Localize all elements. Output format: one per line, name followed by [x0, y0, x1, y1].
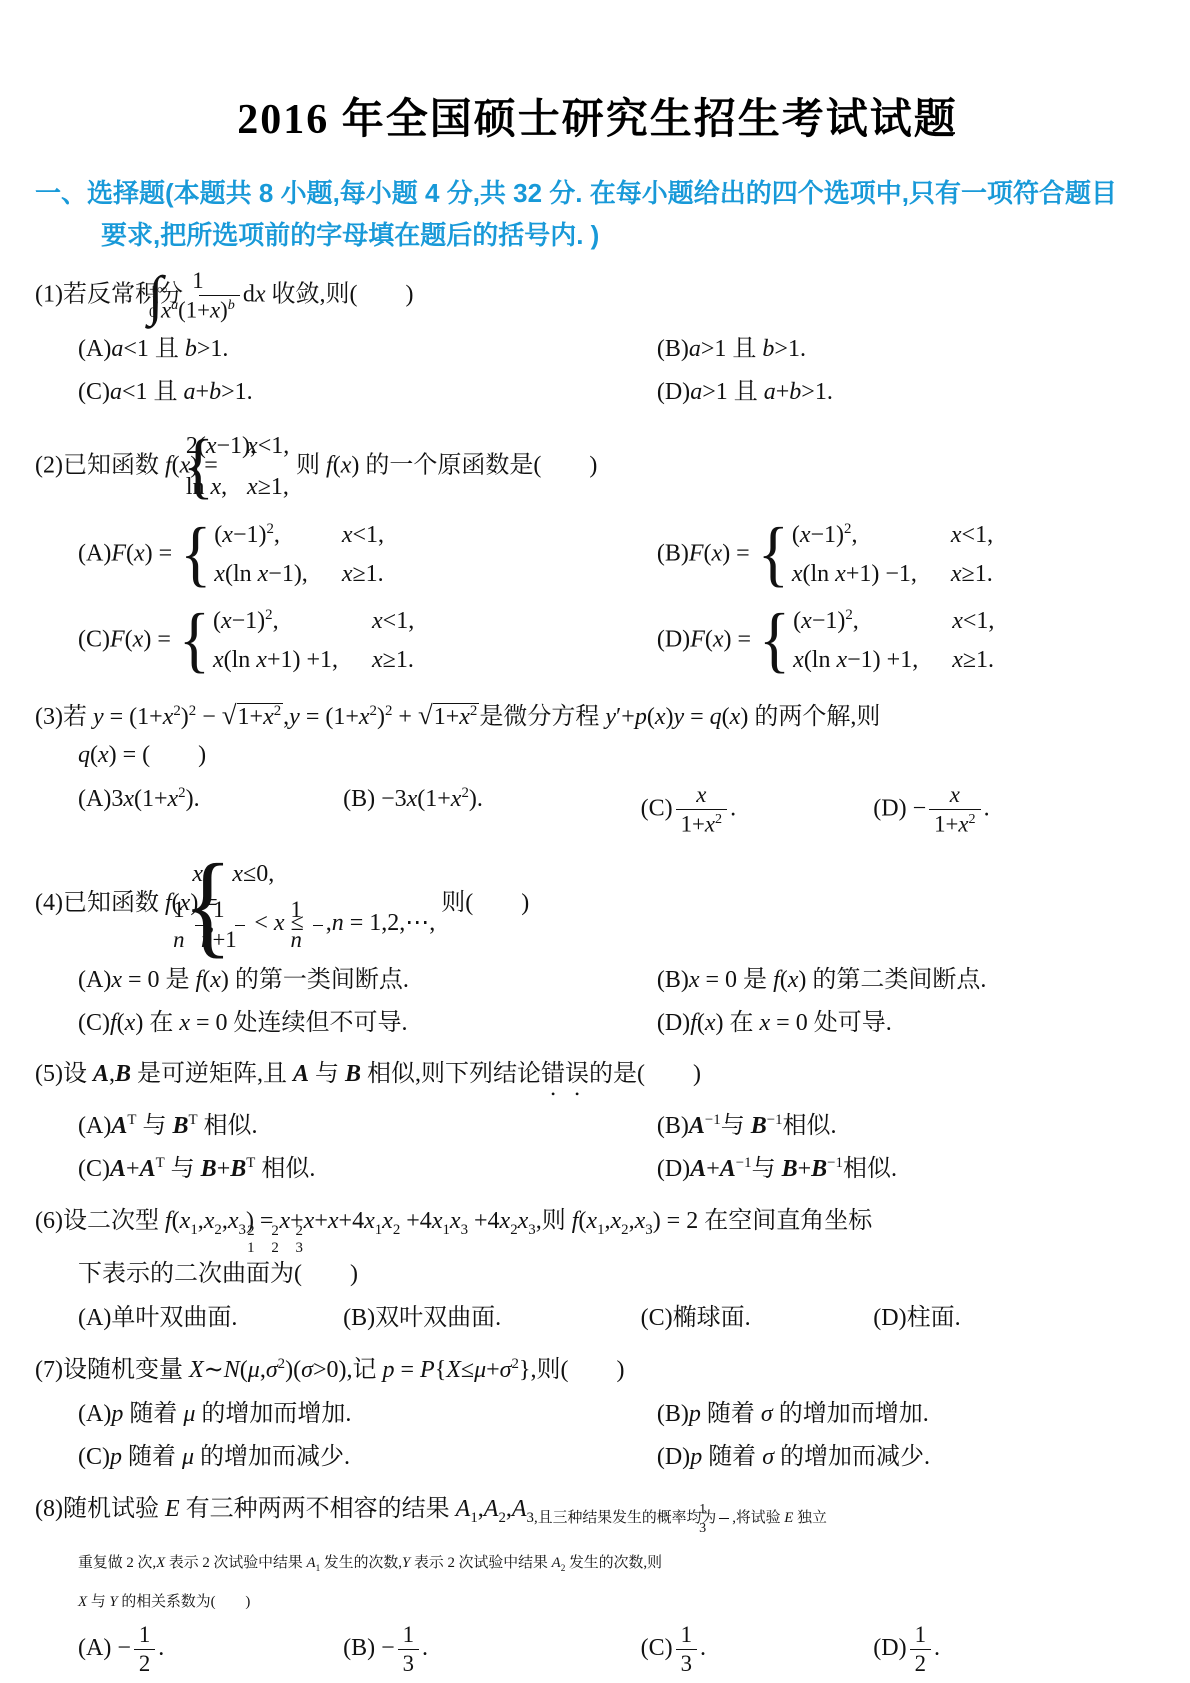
question-8-option-b: (B) −13. [343, 1618, 641, 1681]
question-5-option-c: (C)A+AT 与 B+BT 相似. [78, 1148, 657, 1191]
question-1-option-a: (A)a<1 且 b>1. [78, 328, 657, 371]
question-7-option-d: (D)p 随着 σ 的增加而减少. [657, 1436, 1160, 1479]
question-8-options: (A) −12. (B) −13. (C)13. (D)12. [35, 1618, 1160, 1681]
question-8-stem: (8)随机试验 E 有三种两两不相容的结果 A1,A2,A3,且三种结果发生的概… [35, 1491, 1160, 1614]
question-1: (1)若反常积分 ∫+∞01xa(1+x)bdx 收敛,则( ) (A)a<1 … [35, 268, 1160, 414]
question-1-option-b: (B)a>1 且 b>1. [657, 328, 1160, 371]
question-5-options: (A)AT 与 BT 相似. (B)A−1与 B−1相似. (C)A+AT 与 … [35, 1105, 1160, 1191]
question-4: (4)已知函数 f(x) = {x,x≤0,1n,1n+1 < x ≤ 1n,n… [35, 854, 1160, 1044]
question-7-option-a: (A)p 随着 μ 的增加而增加. [78, 1393, 657, 1436]
question-3-option-a: (A)3x(1+x2). [78, 778, 343, 842]
question-2-stem: (2)已知函数 f(x) = {2(x−1),x<1,ln x,x≥1,则 f(… [35, 426, 1160, 508]
question-3: (3)若 y = (1+x2)2 − √1+x2,y = (1+x2)2 + √… [35, 695, 1160, 842]
question-2-options: (A)F(x) = {(x−1)2,x<1,x(ln x−1),x≥1. (B)… [35, 512, 1160, 683]
question-8: (8)随机试验 E 有三种两两不相容的结果 A1,A2,A3,且三种结果发生的概… [35, 1491, 1160, 1681]
question-4-option-a: (A)x = 0 是 f(x) 的第一类间断点. [78, 959, 657, 1002]
question-2: (2)已知函数 f(x) = {2(x−1),x<1,ln x,x≥1,则 f(… [35, 426, 1160, 684]
question-8-option-c: (C)13. [641, 1618, 874, 1681]
question-5-stem: (5)设 A,B 是可逆矩阵,且 A 与 B 相似,则下列结论错误的是( ) [35, 1056, 1160, 1101]
question-1-option-d: (D)a>1 且 a+b>1. [657, 371, 1160, 414]
question-6: (6)设二次型 f(x1,x2,x3) = x21+x22+x23+4x1x2 … [35, 1203, 1160, 1340]
question-5-option-d: (D)A+A−1与 B+B−1相似. [657, 1148, 1160, 1191]
question-4-option-c: (C)f(x) 在 x = 0 处连续但不可导. [78, 1002, 657, 1045]
question-3-options: (A)3x(1+x2). (B) −3x(1+x2). (C)x1+x2. (D… [35, 778, 1160, 842]
question-5-option-b: (B)A−1与 B−1相似. [657, 1105, 1160, 1148]
question-6-option-c: (C)椭球面. [641, 1297, 874, 1340]
question-3-option-d: (D) −x1+x2. [873, 778, 1160, 842]
question-6-options: (A)单叶双曲面. (B)双叶双曲面. (C)椭球面. (D)柱面. [35, 1297, 1160, 1340]
question-1-stem: (1)若反常积分 ∫+∞01xa(1+x)bdx 收敛,则( ) [35, 268, 1160, 324]
question-2-option-c: (C)F(x) = {(x−1)2,x<1,x(ln x+1) +1,x≥1. [78, 598, 657, 684]
question-1-options: (A)a<1 且 b>1. (B)a>1 且 b>1. (C)a<1 且 a+b… [35, 328, 1160, 414]
question-5-option-a: (A)AT 与 BT 相似. [78, 1105, 657, 1148]
question-5: (5)设 A,B 是可逆矩阵,且 A 与 B 相似,则下列结论错误的是( ) (… [35, 1056, 1160, 1191]
section-heading: 一、选择题(本题共 8 小题,每小题 4 分,共 32 分. 在每小题给出的四个… [35, 172, 1160, 256]
question-8-option-a: (A) −12. [78, 1618, 343, 1681]
question-7-stem: (7)设随机变量 X∼N(μ,σ2)(σ>0),记 p = P{X≤μ+σ2},… [35, 1352, 1160, 1389]
question-4-options: (A)x = 0 是 f(x) 的第一类间断点. (B)x = 0 是 f(x)… [35, 959, 1160, 1045]
question-6-option-b: (B)双叶双曲面. [343, 1297, 641, 1340]
question-6-option-d: (D)柱面. [873, 1297, 1160, 1340]
page-title: 2016 年全国硕士研究生招生考试试题 [35, 86, 1160, 146]
question-6-option-a: (A)单叶双曲面. [78, 1297, 343, 1340]
question-7-option-b: (B)p 随着 σ 的增加而增加. [657, 1393, 1160, 1436]
question-8-option-d: (D)12. [873, 1618, 1160, 1681]
question-3-option-c: (C)x1+x2. [641, 778, 874, 842]
question-3-option-b: (B) −3x(1+x2). [343, 778, 641, 842]
question-3-stem: (3)若 y = (1+x2)2 − √1+x2,y = (1+x2)2 + √… [35, 695, 1160, 774]
question-4-stem: (4)已知函数 f(x) = {x,x≤0,1n,1n+1 < x ≤ 1n,n… [35, 854, 1160, 955]
exam-page: 2016 年全国硕士研究生招生考试试题 一、选择题(本题共 8 小题,每小题 4… [0, 0, 1190, 1681]
question-2-option-d: (D)F(x) = {(x−1)2,x<1,x(ln x−1) +1,x≥1. [657, 598, 1160, 684]
question-list: (1)若反常积分 ∫+∞01xa(1+x)bdx 收敛,则( ) (A)a<1 … [35, 268, 1160, 1681]
question-7: (7)设随机变量 X∼N(μ,σ2)(σ>0),记 p = P{X≤μ+σ2},… [35, 1352, 1160, 1479]
question-2-option-a: (A)F(x) = {(x−1)2,x<1,x(ln x−1),x≥1. [78, 512, 657, 598]
question-6-stem: (6)设二次型 f(x1,x2,x3) = x21+x22+x23+4x1x2 … [35, 1203, 1160, 1293]
question-2-option-b: (B)F(x) = {(x−1)2,x<1,x(ln x+1) −1,x≥1. [657, 512, 1160, 598]
question-4-option-d: (D)f(x) 在 x = 0 处可导. [657, 1002, 1160, 1045]
question-7-option-c: (C)p 随着 μ 的增加而减少. [78, 1436, 657, 1479]
question-1-option-c: (C)a<1 且 a+b>1. [78, 371, 657, 414]
question-4-option-b: (B)x = 0 是 f(x) 的第二类间断点. [657, 959, 1160, 1002]
question-7-options: (A)p 随着 μ 的增加而增加. (B)p 随着 σ 的增加而增加. (C)p… [35, 1393, 1160, 1479]
